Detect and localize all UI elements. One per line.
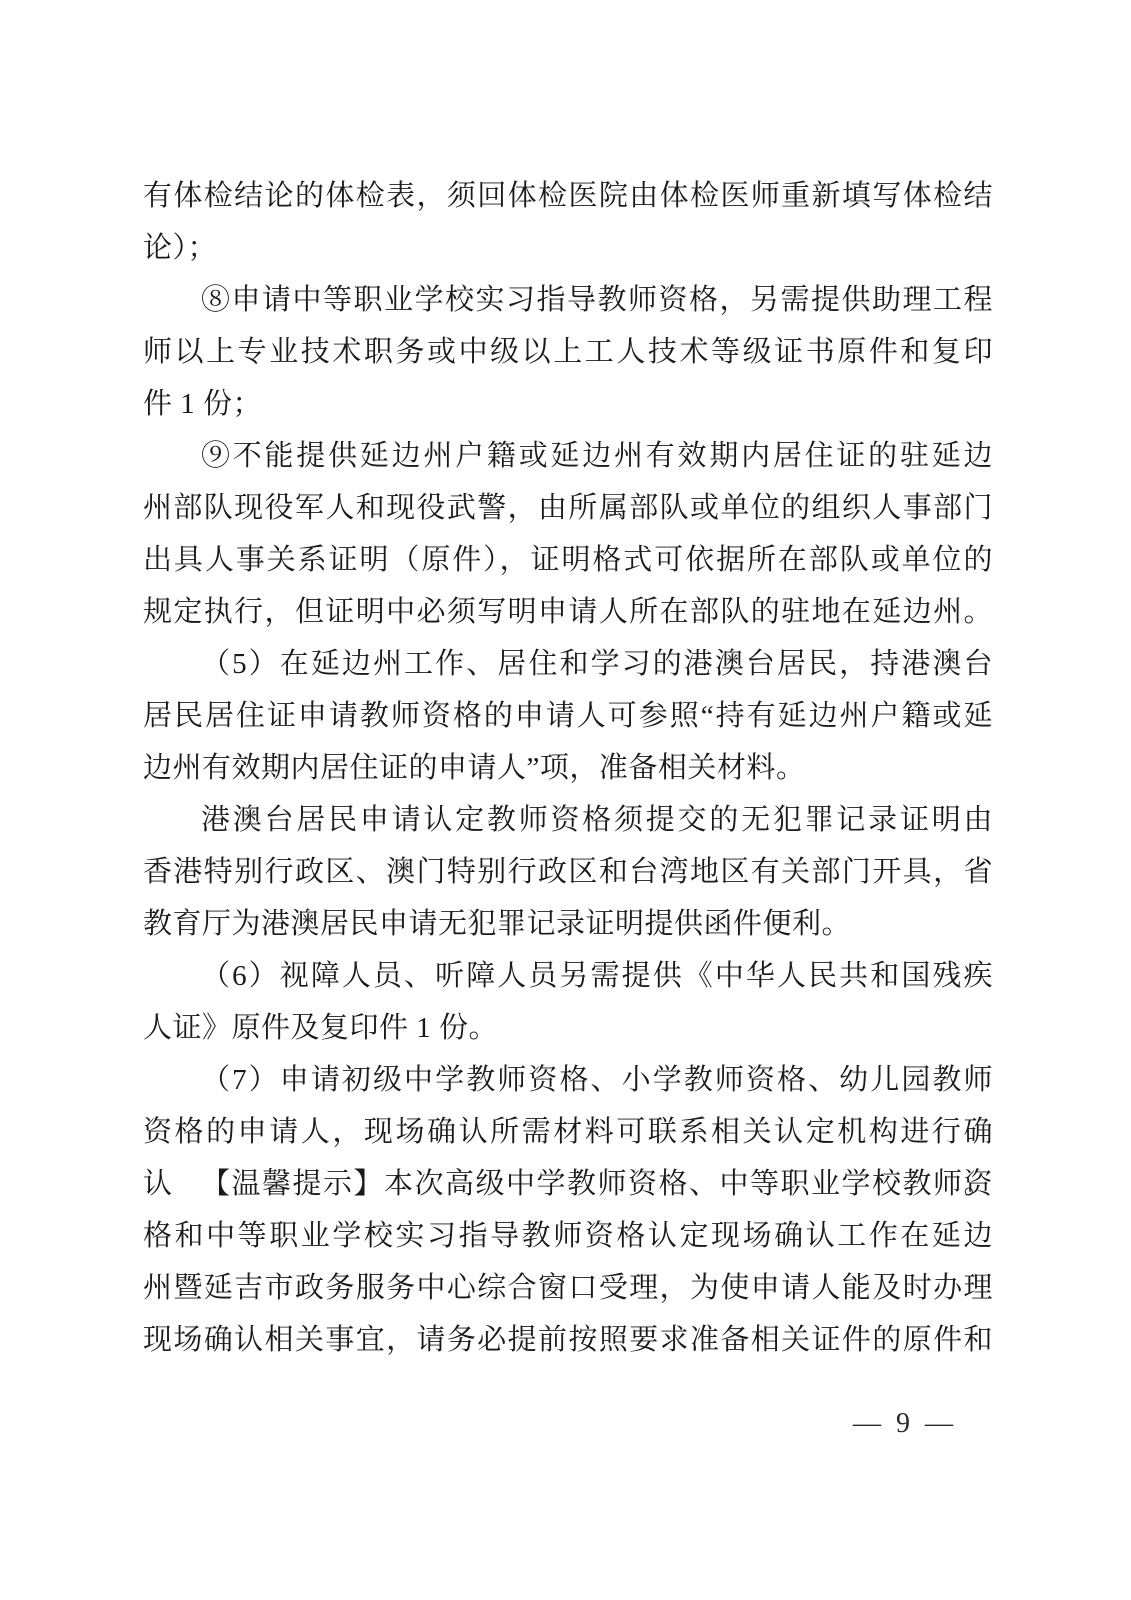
text-line: 州暨延吉市政务服务中心综合窗口受理，为使申请人能及时办理 <box>143 1262 993 1314</box>
text-line: （6）视障人员、听障人员另需提供《中华人民共和国残疾 <box>143 950 993 1002</box>
text-line: （5）在延边州工作、居住和学习的港澳台居民，持港澳台 <box>143 638 993 690</box>
text-line: 【温馨提示】本次高级中学教师资格、中等职业学校教师资 <box>143 1158 993 1210</box>
page-number: — 9 — <box>143 1398 993 1450</box>
text-line: 边州有效期内居住证的申请人”项，准备相关材料。 <box>143 742 993 794</box>
text-line: 人证》原件及复印件 1 份。 <box>143 1002 993 1054</box>
text-line: （7）申请初级中学教师资格、小学教师资格、幼儿园教师 <box>143 1054 993 1106</box>
text-line: 件 1 份； <box>143 378 993 430</box>
text-line: ⑨不能提供延边州户籍或延边州有效期内居住证的驻延边 <box>143 430 993 482</box>
text-line: 教育厅为港澳居民申请无犯罪记录证明提供函件便利。 <box>143 898 993 950</box>
text-line: 香港特别行政区、澳门特别行政区和台湾地区有关部门开具，省 <box>143 846 993 898</box>
document-page: 有体检结论的体检表，须回体检医院由体检医师重新填写体检结论）；⑧申请中等职业学校… <box>0 0 1131 1600</box>
document-body: 有体检结论的体检表，须回体检医院由体检医师重新填写体检结论）；⑧申请中等职业学校… <box>143 170 993 1366</box>
text-line: 港澳台居民申请认定教师资格须提交的无犯罪记录证明由 <box>143 794 993 846</box>
text-line: 格和中等职业学校实习指导教师资格认定现场确认工作在延边 <box>143 1210 993 1262</box>
text-line: 州部队现役军人和现役武警，由所属部队或单位的组织人事部门 <box>143 482 993 534</box>
text-line: 资格的申请人，现场确认所需材料可联系相关认定机构进行确认。 <box>143 1106 993 1158</box>
text-line: ⑧申请中等职业学校实习指导教师资格，另需提供助理工程 <box>143 274 993 326</box>
text-line: 师以上专业技术职务或中级以上工人技术等级证书原件和复印 <box>143 326 993 378</box>
text-line: 出具人事关系证明（原件），证明格式可依据所在部队或单位的 <box>143 534 993 586</box>
text-line: 现场确认相关事宜，请务必提前按照要求准备相关证件的原件和 <box>143 1314 993 1366</box>
text-line: 有体检结论的体检表，须回体检医院由体检医师重新填写体检结 <box>143 170 993 222</box>
text-line: 居民居住证申请教师资格的申请人可参照“持有延边州户籍或延 <box>143 690 993 742</box>
text-line: 规定执行，但证明中必须写明申请人所在部队的驻地在延边州。 <box>143 586 993 638</box>
text-line: 论）； <box>143 222 993 274</box>
